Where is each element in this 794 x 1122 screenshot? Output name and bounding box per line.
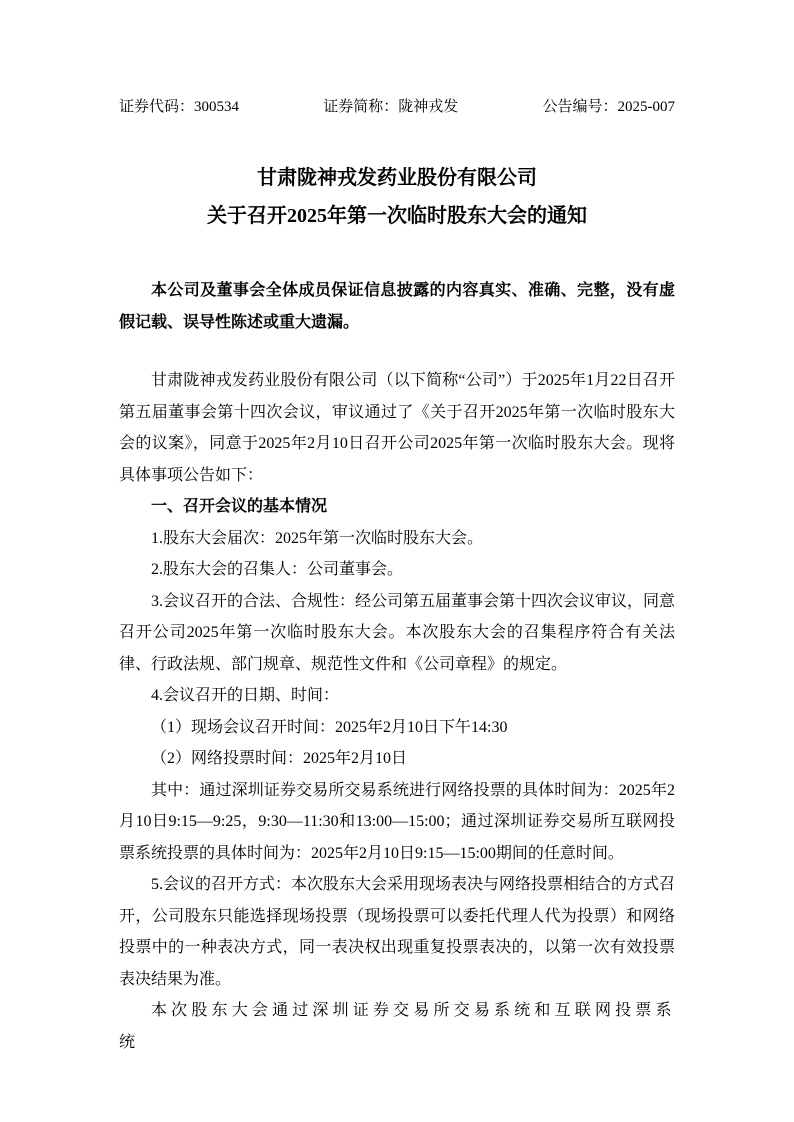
date-time-item: 4.会议召开的日期、时间：	[119, 680, 675, 712]
onsite-meeting-time-subitem: （1）现场会议召开时间：2025年2月10日下午14:30	[119, 712, 675, 744]
declaration-paragraph: 本公司及董事会全体成员保证信息披露的内容真实、准确、完整，没有虚假记载、误导性陈…	[119, 275, 675, 338]
meeting-method-item: 5.会议的召开方式：本次股东大会采用现场表决与网络投票相结合的方式召开，公司股东…	[119, 869, 675, 995]
legality-item: 3.会议召开的合法、合规性：经公司第五届董事会第十四次会议审议，同意召开公司20…	[119, 586, 675, 681]
company-title: 甘肃陇神戎发药业股份有限公司	[119, 165, 675, 192]
section1-heading: 一、召开会议的基本情况	[119, 491, 675, 523]
announcement-no-label: 公告编号：2025-007	[543, 96, 676, 118]
stock-code-label: 证券代码：300534	[119, 96, 239, 118]
document-header: 证券代码：300534 证券简称：陇神戎发 公告编号：2025-007	[119, 96, 675, 118]
stock-name-label: 证券简称：陇神戎发	[323, 96, 458, 118]
intro-paragraph: 甘肃陇神戎发药业股份有限公司（以下简称“公司”）于2025年1月22日召开第五届…	[119, 365, 675, 491]
continuation-line: 本次股东大会通过深圳证券交易所交易系统和互联网投票系统	[119, 995, 675, 1058]
notice-title: 关于召开2025年第一次临时股东大会的通知	[119, 203, 675, 230]
convener-item: 2.股东大会的召集人：公司董事会。	[119, 554, 675, 586]
document-page: 证券代码：300534 证券简称：陇神戎发 公告编号：2025-007 甘肃陇神…	[0, 0, 794, 1122]
meeting-session-item: 1.股东大会届次：2025年第一次临时股东大会。	[119, 523, 675, 555]
online-voting-time-subitem: （2）网络投票时间：2025年2月10日	[119, 743, 675, 775]
voting-time-detail-paragraph: 其中：通过深圳证券交易所交易系统进行网络投票的具体时间为：2025年2月10日9…	[119, 775, 675, 870]
